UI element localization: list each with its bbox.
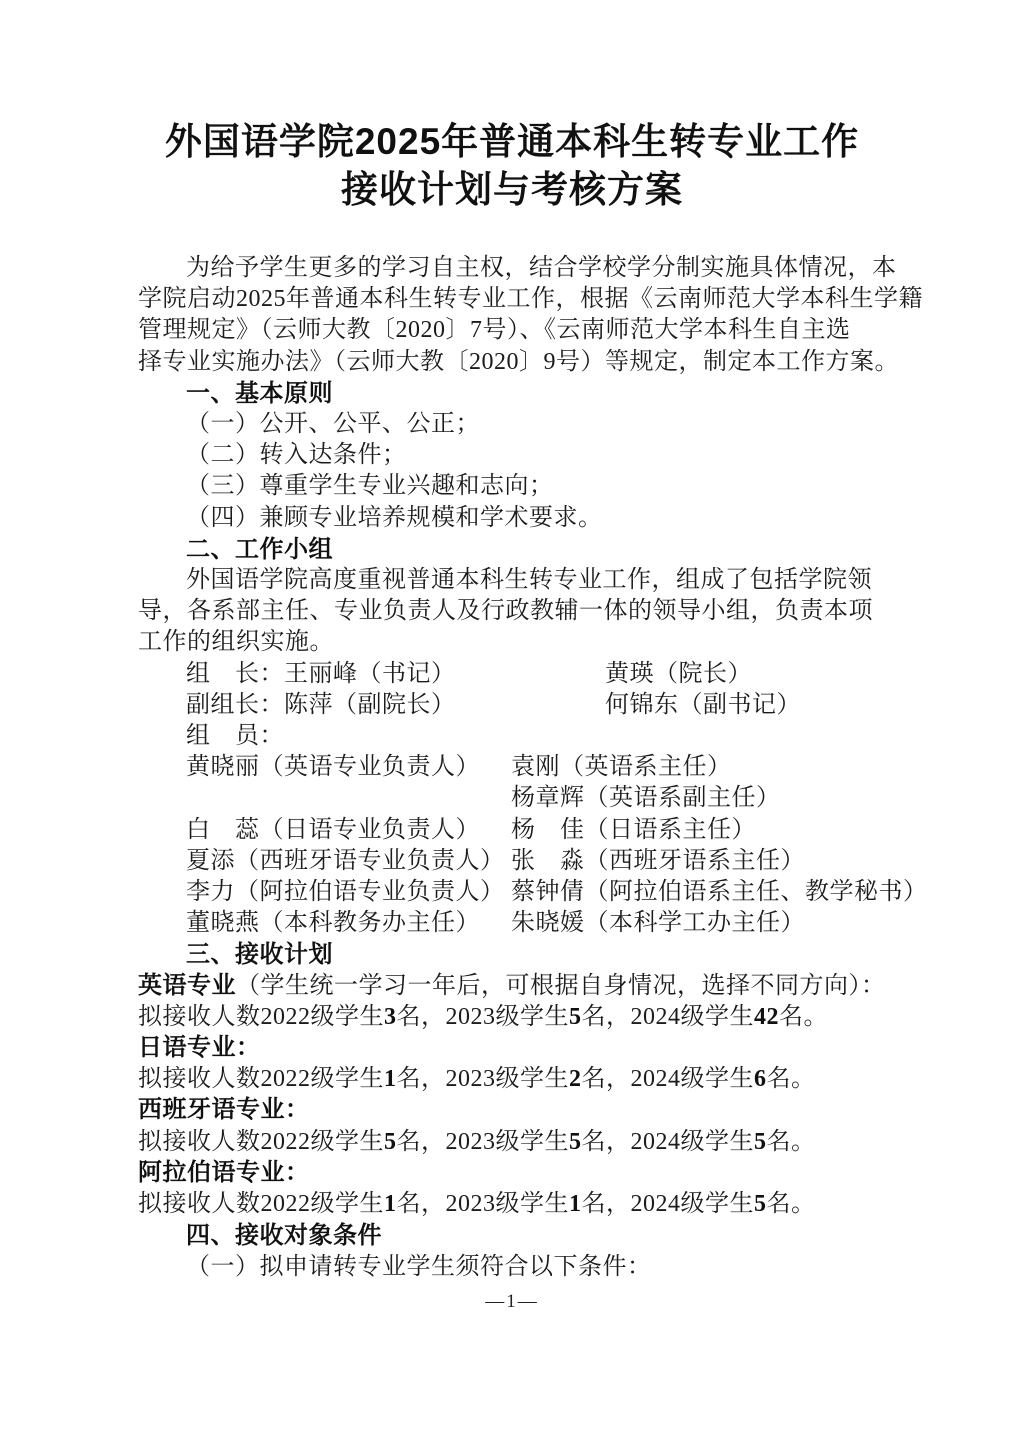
member-row: 杨章辉（英语系副主任） (186, 783, 910, 814)
plan-count: 6 (754, 1066, 767, 1092)
plan-text: 名。 (767, 1066, 816, 1092)
intro-line: 为给予学生更多的学习自主权，结合学校学分制实施具体情况，本 (138, 253, 910, 284)
title-line-2: 接收计划与考核方案 (0, 166, 1024, 214)
plan-text: 名，2023级学生 (397, 1004, 570, 1030)
title-line-1: 外国语学院2025年普通本科生转专业工作 (0, 118, 1024, 166)
section1-heading: 一、基本原则 (138, 378, 910, 409)
member-right: 杨章辉（英语系副主任） (511, 783, 781, 814)
section3-heading: 三、接收计划 (138, 939, 910, 970)
leader-row: 组 长：王丽峰（书记） 黄瑛（院长） (186, 659, 910, 690)
intro-line: 学院启动2025年普通本科生转专业工作，根据《云南师范大学本科生学籍 (138, 284, 910, 315)
member-right: 蔡钟倩（阿拉伯语系主任、教学秘书） (511, 877, 928, 908)
plan-text: 名，2024级学生 (582, 1129, 755, 1155)
major-name-line: 西班牙语专业： (138, 1095, 910, 1126)
plan-text: 名，2023级学生 (397, 1191, 570, 1217)
member-right: 朱晓媛（本科学工办主任） (511, 908, 805, 939)
plan-count: 5 (569, 1004, 582, 1030)
major-name: 日语专业： (138, 1035, 261, 1061)
plan-count: 5 (569, 1129, 582, 1155)
plan-text: 名，2024级学生 (582, 1004, 755, 1030)
plan-text: 拟接收人数2022级学生 (138, 1129, 384, 1155)
section4-heading: 四、接收对象条件 (138, 1220, 910, 1251)
member-left: 黄晓丽（英语专业负责人） (186, 752, 511, 783)
plan-text: 名。 (767, 1129, 816, 1155)
major-name: 西班牙语专业： (138, 1097, 310, 1123)
section1-item: （一）公开、公平、公正； (138, 409, 910, 440)
major-plan-line: 拟接收人数2022级学生1名，2023级学生1名，2024级学生5名。 (138, 1189, 910, 1220)
plan-count: 5 (754, 1129, 767, 1155)
section2-para-line: 工作的组织实施。 (138, 627, 910, 658)
member-left (186, 783, 511, 814)
plan-text: 拟接收人数2022级学生 (138, 1066, 384, 1092)
intro-line: 择专业实施办法》（云师大教〔2020〕9号）等规定，制定本工作方案。 (138, 347, 910, 378)
major-name-line: 英语专业（学生统一学习一年后，可根据自身情况，选择不同方向）： (138, 971, 910, 1002)
major-name-line: 日语专业： (138, 1033, 910, 1064)
plan-text: 名，2023级学生 (397, 1066, 570, 1092)
plan-count: 1 (569, 1191, 582, 1217)
members-label: 组 员： (186, 721, 910, 752)
plan-count: 1 (384, 1191, 397, 1217)
major-plan-line: 拟接收人数2022级学生1名，2023级学生2名，2024级学生6名。 (138, 1064, 910, 1095)
major-name: 英语专业 (138, 973, 236, 999)
plan-text: 名，2023级学生 (397, 1129, 570, 1155)
member-right: 杨 佳（日语系主任） (511, 815, 756, 846)
major-plan-line: 拟接收人数2022级学生3名，2023级学生5名，2024级学生42名。 (138, 1002, 910, 1033)
section1-item: （二）转入达条件； (138, 440, 910, 471)
plan-text: 拟接收人数2022级学生 (138, 1004, 384, 1030)
plan-count: 42 (754, 1004, 779, 1030)
leader-right: 何锦东（副书记） (605, 690, 801, 721)
member-left: 夏添（西班牙语专业负责人） (186, 846, 511, 877)
member-row: 夏添（西班牙语专业负责人） 张 淼（西班牙语系主任） (186, 846, 910, 877)
major-name: 阿拉伯语专业： (138, 1160, 310, 1186)
member-row: 李力（阿拉伯语专业负责人） 蔡钟倩（阿拉伯语系主任、教学秘书） (186, 877, 910, 908)
section2-para-line: 导，各系部主任、专业负责人及行政教辅一体的领导小组，负责本项 (138, 596, 910, 627)
section4-item: （一）拟申请转专业学生须符合以下条件： (138, 1252, 910, 1283)
major-name-line: 阿拉伯语专业： (138, 1158, 910, 1189)
document-page: 外国语学院2025年普通本科生转专业工作 接收计划与考核方案 为给予学生更多的学… (0, 0, 1024, 1448)
section1-item: （三）尊重学生专业兴趣和志向； (138, 471, 910, 502)
plan-text: 名。 (779, 1004, 828, 1030)
member-list: 黄晓丽（英语专业负责人） 袁刚（英语系主任） 杨章辉（英语系副主任） 白 蕊（日… (138, 752, 910, 939)
member-left: 董晓燕（本科教务办主任） (186, 908, 511, 939)
member-row: 白 蕊（日语专业负责人） 杨 佳（日语系主任） (186, 815, 910, 846)
leader-row: 副组长：陈萍（副院长） 何锦东（副书记） (186, 690, 910, 721)
member-left: 白 蕊（日语专业负责人） (186, 815, 511, 846)
leader-list: 组 长：王丽峰（书记） 黄瑛（院长） 副组长：陈萍（副院长） 何锦东（副书记） … (138, 659, 910, 753)
section1-item: （四）兼顾专业培养规模和学术要求。 (138, 503, 910, 534)
intro-line: 管理规定》（云师大教〔2020〕7号）、《云南师范大学本科生自主选 (138, 315, 910, 346)
major-plan-line: 拟接收人数2022级学生5名，2023级学生5名，2024级学生5名。 (138, 1127, 910, 1158)
leader-left: 副组长：陈萍（副院长） (186, 690, 605, 721)
leader-left: 组 长：王丽峰（书记） (186, 659, 605, 690)
plan-count: 3 (384, 1004, 397, 1030)
document-title: 外国语学院2025年普通本科生转专业工作 接收计划与考核方案 (0, 118, 1024, 214)
member-row: 黄晓丽（英语专业负责人） 袁刚（英语系主任） (186, 752, 910, 783)
plan-text: 名，2024级学生 (582, 1191, 755, 1217)
plan-text: 拟接收人数2022级学生 (138, 1191, 384, 1217)
major-name-note: （学生统一学习一年后，可根据自身情况，选择不同方向）： (236, 973, 886, 999)
plan-count: 5 (384, 1129, 397, 1155)
member-row: 董晓燕（本科教务办主任） 朱晓媛（本科学工办主任） (186, 908, 910, 939)
plan-count: 5 (754, 1191, 767, 1217)
member-left: 李力（阿拉伯语专业负责人） (186, 877, 511, 908)
section2-heading: 二、工作小组 (138, 534, 910, 565)
leader-right: 黄瑛（院长） (605, 659, 752, 690)
member-right: 袁刚（英语系主任） (511, 752, 732, 783)
plan-count: 1 (384, 1066, 397, 1092)
page-number: —1— (0, 1291, 1024, 1313)
member-right: 张 淼（西班牙语系主任） (511, 846, 805, 877)
plan-text: 名。 (767, 1191, 816, 1217)
plan-count: 2 (569, 1066, 582, 1092)
section2-para-line: 外国语学院高度重视普通本科生转专业工作，组成了包括学院领 (138, 565, 910, 596)
document-body: 为给予学生更多的学习自主权，结合学校学分制实施具体情况，本 学院启动2025年普… (138, 253, 910, 1283)
plan-text: 名，2024级学生 (582, 1066, 755, 1092)
